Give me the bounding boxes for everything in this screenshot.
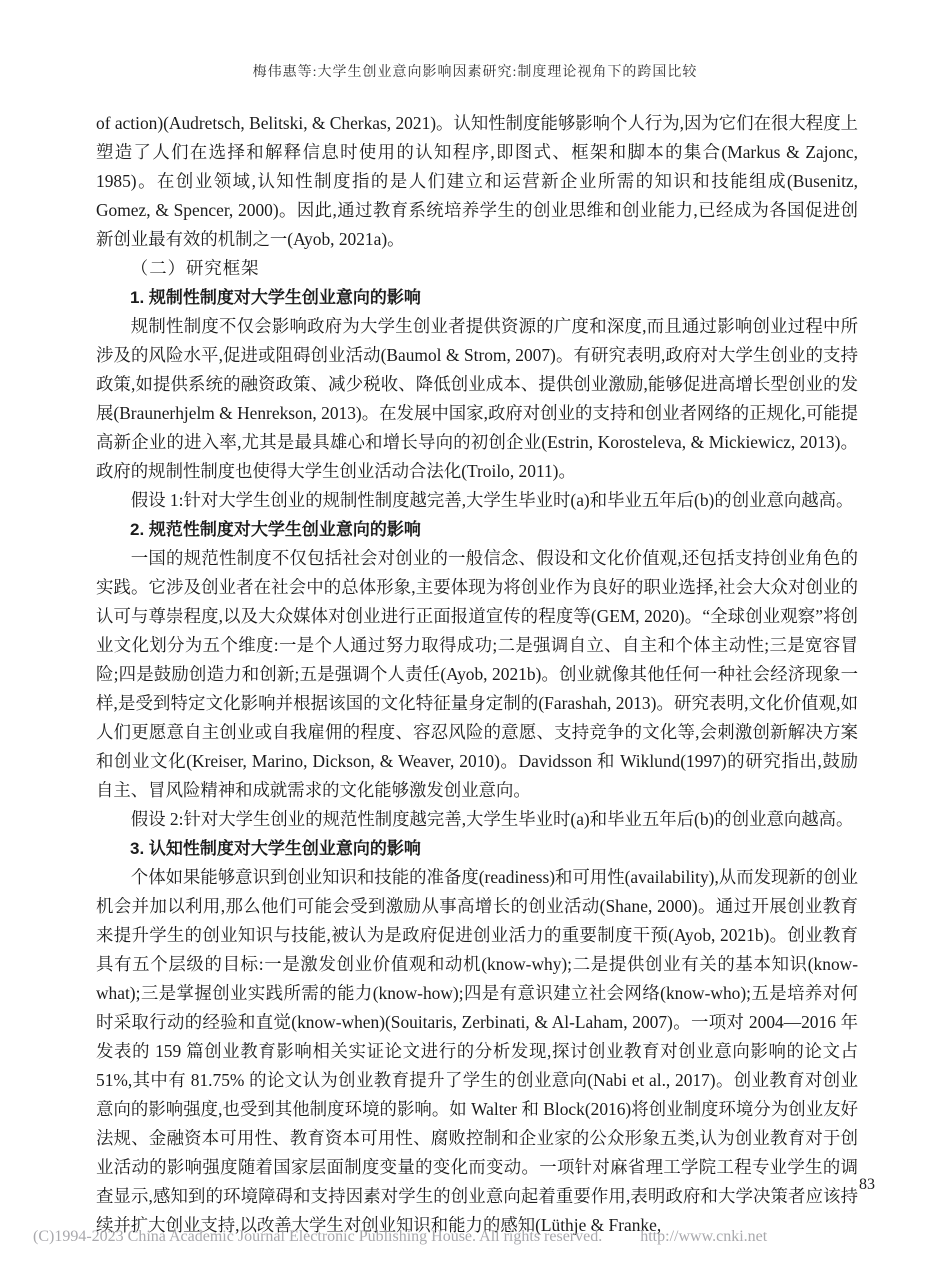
paragraph-continuation: of action)(Audretsch, Belitski, & Cherka… [96,109,858,254]
copyright-text: (C)1994-2023 China Academic Journal Elec… [33,1228,602,1245]
page-number: 83 [859,1176,875,1194]
paragraph: 个体如果能够意识到创业知识和技能的准备度(readiness)和可用性(avai… [96,863,858,1240]
subsection-heading-3: 3. 认知性制度对大学生创业意向的影响 [96,834,858,863]
paragraph: 规制性制度不仅会影响政府为大学生创业者提供资源的广度和深度,而且通过影响创业过程… [96,312,858,486]
section-heading: （二）研究框架 [96,254,858,283]
article-body: of action)(Audretsch, Belitski, & Cherka… [96,109,858,1240]
hypothesis-2: 假设 2:针对大学生创业的规范性制度越完善,大学生毕业时(a)和毕业五年后(b)… [96,805,858,834]
subsection-heading-2: 2. 规范性制度对大学生创业意向的影响 [96,515,858,544]
subsection-heading-1: 1. 规制性制度对大学生创业意向的影响 [96,283,858,312]
paragraph: 一国的规范性制度不仅包括社会对创业的一般信念、假设和文化价值观,还包括支持创业角… [96,544,858,805]
hypothesis-1: 假设 1:针对大学生创业的规制性制度越完善,大学生毕业时(a)和毕业五年后(b)… [96,486,858,515]
copyright-footer: (C)1994-2023 China Academic Journal Elec… [33,1228,917,1246]
running-header: 梅伟惠等:大学生创业意向影响因素研究:制度理论视角下的跨国比较 [0,61,950,81]
cnki-url: http://www.cnki.net [640,1228,767,1245]
journal-page: 梅伟惠等:大学生创业意向影响因素研究:制度理论视角下的跨国比较 of actio… [0,0,950,1276]
